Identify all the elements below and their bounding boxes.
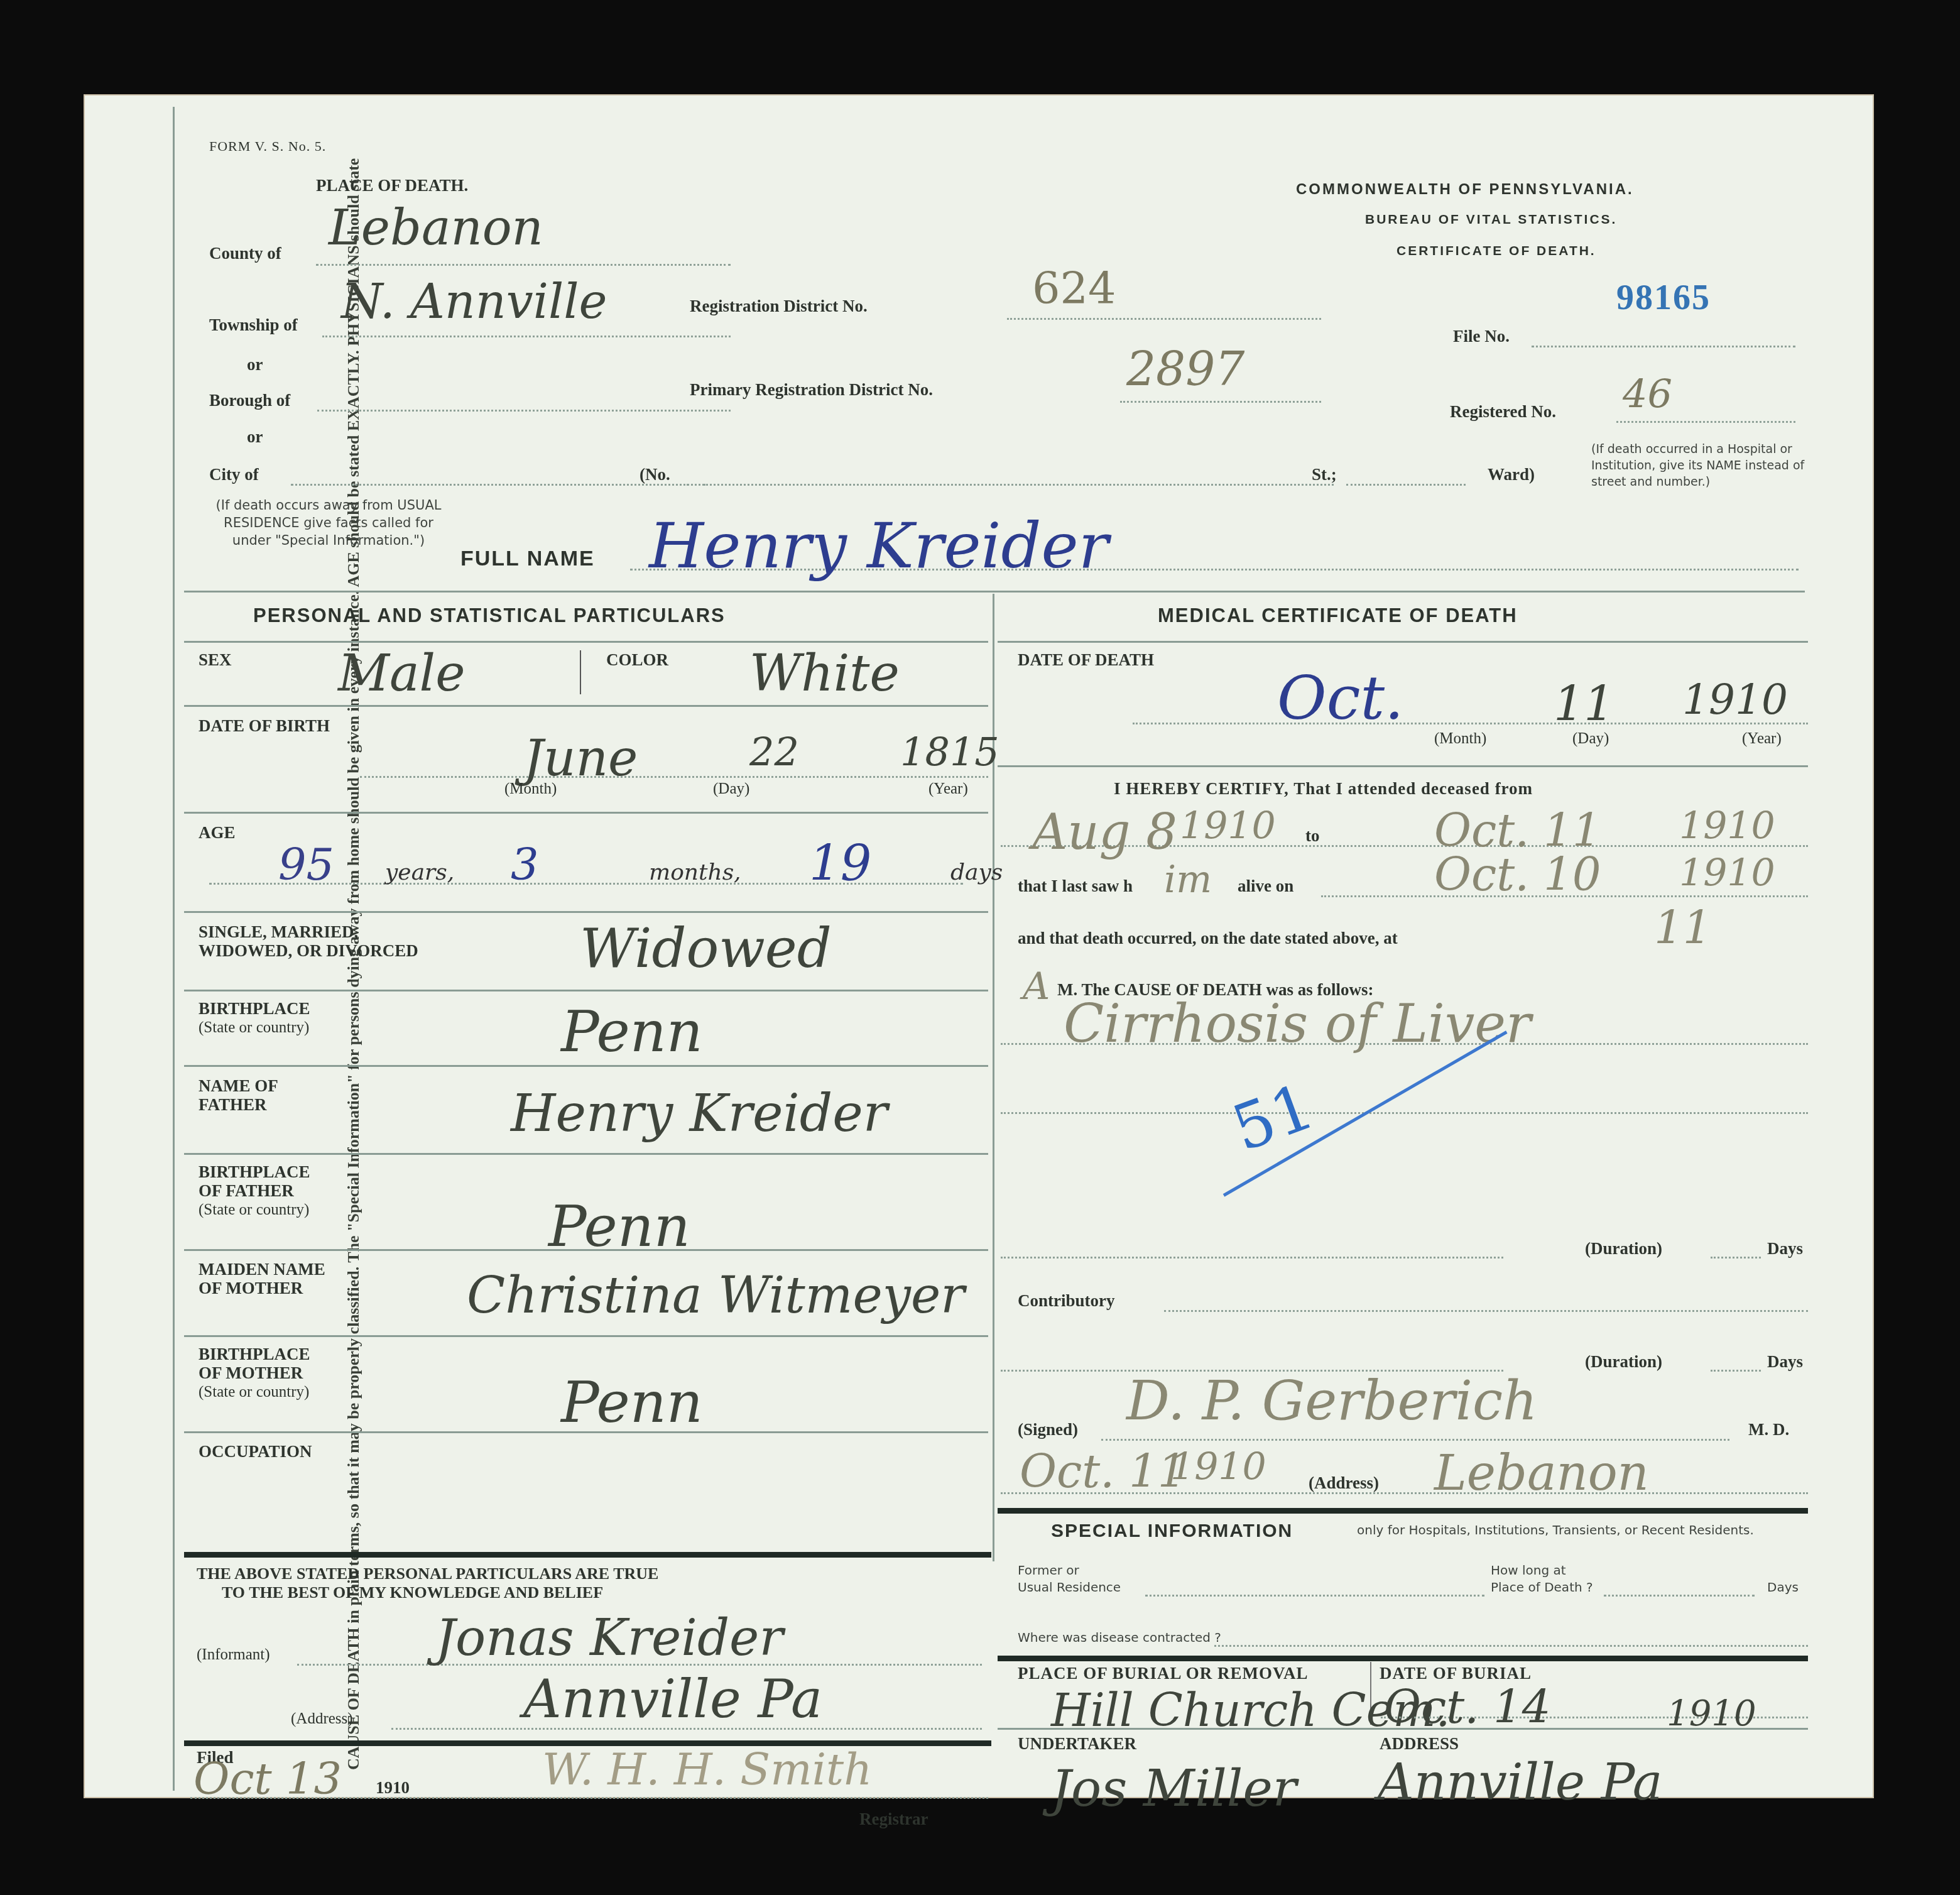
place-of-death-heading: PLACE OF DEATH. [316, 176, 468, 195]
township-label: Township of [209, 315, 298, 335]
borough-line [317, 410, 731, 412]
informant-address-label: (Address) [291, 1710, 353, 1728]
row-rule [998, 641, 1808, 643]
or-text: or [247, 355, 263, 374]
informant-address-value[interactable]: Annville Pa [523, 1668, 822, 1730]
father-birthplace-label-1: BIRTHPLACE [199, 1162, 310, 1182]
father-name-label-2: FATHER [199, 1095, 267, 1115]
mother-name-label-2: OF MOTHER [199, 1279, 303, 1298]
age-months[interactable]: 3 [511, 839, 539, 890]
full-name-value[interactable]: Henry Kreider [649, 509, 1109, 582]
dod-day-caption: (Day) [1572, 730, 1609, 748]
ward-label: Ward) [1488, 465, 1535, 484]
sex-value[interactable]: Male [338, 644, 465, 702]
color-label: COLOR [606, 650, 668, 670]
signed-year[interactable]: 1910 [1170, 1445, 1266, 1489]
mother-name-label-1: MAIDEN NAME [199, 1260, 325, 1279]
father-name-value[interactable]: Henry Kreider [511, 1084, 888, 1144]
informant-statement-2: TO THE BEST OF MY KNOWLEDGE AND BELIEF [222, 1583, 603, 1602]
cause-code: 51 [1223, 1069, 1324, 1166]
am-pm-value[interactable]: A [1023, 964, 1050, 1008]
mother-birthplace-label-2: OF MOTHER [199, 1363, 303, 1383]
attended-from[interactable]: Aug 8 [1032, 804, 1177, 861]
last-saw-year[interactable]: 1910 [1679, 851, 1775, 895]
sex-color-divider [580, 650, 581, 694]
contributory-line [1164, 1310, 1808, 1312]
date-of-death-label: DATE OF DEATH [1018, 650, 1154, 670]
age-label: AGE [199, 823, 236, 843]
how-long-days-label: Days [1767, 1578, 1799, 1596]
row-rule [184, 705, 988, 707]
thick-rule [998, 1508, 1808, 1514]
date-of-death-year[interactable]: 1910 [1682, 675, 1788, 724]
hospital-note: (If death occurred in a Hospital or Inst… [1591, 441, 1805, 490]
signed-line [1101, 1439, 1729, 1441]
row-rule [184, 1065, 988, 1067]
county-value[interactable]: Lebanon [329, 200, 543, 256]
physician-address-value[interactable]: Lebanon [1434, 1445, 1649, 1502]
mother-name-value[interactable]: Christina Witmeyer [467, 1266, 965, 1324]
date-of-death-day[interactable]: 11 [1554, 675, 1614, 731]
dob-line [360, 776, 988, 778]
former-residence-label-2: Usual Residence [1018, 1578, 1121, 1596]
ward-line [1346, 484, 1466, 486]
thick-rule [184, 1552, 991, 1558]
duration-days-label-2: Days [1767, 1352, 1803, 1372]
duration-label: (Duration) [1585, 1239, 1662, 1259]
dod-year-caption: (Year) [1742, 730, 1782, 748]
registration-district-value[interactable]: 624 [1032, 263, 1116, 314]
usual-residence-note: (If death occurs away from USUAL RESIDEN… [209, 496, 448, 549]
md-label: M. D. [1748, 1420, 1789, 1439]
day-caption: (Day) [713, 780, 749, 798]
row-rule [184, 641, 988, 643]
age-years[interactable]: 95 [278, 839, 334, 890]
duration-days-line [1711, 1257, 1761, 1259]
birthplace-value[interactable]: Penn [561, 999, 703, 1065]
father-birthplace-caption: (State or country) [199, 1201, 309, 1219]
undertaker-address-value[interactable]: Annville Pa [1378, 1753, 1662, 1811]
county-line [316, 264, 731, 266]
physician-signature[interactable]: D. P. Gerberich [1126, 1370, 1538, 1433]
death-occurred-text: and that death occurred, on the date sta… [1018, 929, 1398, 948]
how-long-label-2: Place of Death ? [1491, 1578, 1593, 1596]
primary-district-line [1120, 401, 1321, 403]
row-rule [184, 1153, 988, 1155]
undertaker-label: UNDERTAKER [1018, 1734, 1136, 1754]
month-caption: (Month) [504, 780, 557, 798]
duration-label-2: (Duration) [1585, 1352, 1662, 1372]
mother-birthplace-value[interactable]: Penn [561, 1370, 703, 1436]
borough-label: Borough of [209, 391, 290, 410]
father-birthplace-label-2: OF FATHER [199, 1181, 294, 1201]
row-rule [184, 911, 988, 913]
death-hour[interactable]: 11 [1654, 902, 1712, 954]
undertaker-address-label: ADDRESS [1380, 1734, 1459, 1754]
duration-days-label: Days [1767, 1239, 1803, 1259]
township-line [322, 336, 731, 337]
row-rule [184, 1249, 988, 1251]
former-residence-line [1145, 1595, 1484, 1597]
months-word: months, [649, 860, 741, 885]
registered-no-line [1616, 421, 1795, 423]
street-line [687, 484, 1334, 486]
commonwealth-heading: COMMONWEALTH OF PENNSYLVANIA. [1296, 181, 1634, 199]
last-saw-prefix: that I last saw h [1018, 877, 1133, 896]
attended-to-year[interactable]: 1910 [1679, 804, 1775, 848]
father-name-label-1: NAME OF [199, 1076, 278, 1096]
years-word: years, [385, 860, 454, 885]
file-number-stamp: 98165 [1616, 278, 1711, 318]
city-label: City of [209, 465, 259, 484]
death-certificate: CAUSE OF DEATH in plain terms, so that i… [84, 94, 1874, 1798]
year-caption: (Year) [928, 780, 968, 798]
burial-date-value[interactable]: Oct. 14 [1384, 1681, 1551, 1734]
dob-year[interactable]: 1815 [900, 729, 999, 775]
color-value[interactable]: White [749, 644, 900, 702]
certificate-heading: CERTIFICATE OF DEATH. [1396, 244, 1596, 259]
contributory-label: Contributory [1018, 1291, 1115, 1311]
sex-label: SEX [199, 650, 232, 670]
age-days[interactable]: 19 [809, 836, 871, 892]
filed-date[interactable]: Oct 13 [193, 1753, 342, 1805]
date-of-death-month[interactable]: Oct. [1277, 663, 1404, 733]
row-rule [184, 1335, 988, 1337]
duration-line [1001, 1257, 1503, 1259]
mother-birthplace-label-1: BIRTHPLACE [199, 1345, 310, 1364]
file-no-label: File No. [1453, 327, 1510, 346]
disease-contracted-line [1214, 1645, 1808, 1647]
row-rule [184, 812, 988, 814]
section-rule [184, 591, 1805, 593]
registered-no-label: Registered No. [1450, 402, 1556, 422]
signed-date[interactable]: Oct. 11 [1020, 1445, 1187, 1498]
marital-value[interactable]: Widowed [580, 917, 832, 980]
row-rule [998, 765, 1808, 767]
marital-label-1: SINGLE, MARRIED, [199, 922, 358, 942]
burial-place-label: PLACE OF BURIAL OR REMOVAL [1018, 1664, 1309, 1683]
county-label: County of [209, 244, 281, 263]
certify-text: I HEREBY CERTIFY, That I attended deceas… [1114, 779, 1533, 799]
to-word: to [1305, 826, 1320, 846]
dod-month-caption: (Month) [1434, 730, 1486, 748]
duration-days-line-2 [1711, 1370, 1761, 1372]
personal-heading: PERSONAL AND STATISTICAL PARTICULARS [253, 604, 726, 627]
attended-from-year[interactable]: 1910 [1180, 804, 1276, 848]
township-value[interactable]: N. Annville [341, 273, 607, 329]
row-rule [184, 990, 988, 991]
undertaker-value[interactable]: Jos Miller [1051, 1759, 1297, 1818]
cause-line-2 [1001, 1112, 1808, 1114]
registrar-label: Registrar [859, 1810, 928, 1829]
row-rule [998, 1728, 1808, 1730]
st-label: St.; [1312, 465, 1337, 484]
disease-contracted-label: Where was disease contracted ? [1018, 1629, 1221, 1646]
days-word: days [950, 860, 1003, 885]
form-number: FORM V. S. No. 5. [209, 138, 326, 155]
alive-on-label: alive on [1238, 877, 1293, 896]
physician-address-label: (Address) [1309, 1473, 1379, 1493]
informant-statement-1: THE ABOVE STATED PERSONAL PARTICULARS AR… [197, 1565, 658, 1583]
thick-rule [998, 1656, 1808, 1661]
row-rule [184, 1431, 988, 1433]
street-no-label: (No. [640, 465, 670, 484]
registered-no-value[interactable]: 46 [1623, 371, 1672, 417]
registration-district-line [1007, 318, 1321, 320]
full-name-label: FULL NAME [460, 547, 595, 571]
primary-district-value[interactable]: 2897 [1126, 342, 1244, 396]
special-info-note: only for Hospitals, Institutions, Transi… [1018, 1522, 1809, 1539]
former-residence-label-1: Former or [1018, 1561, 1079, 1579]
dob-label: DATE OF BIRTH [199, 716, 330, 736]
bureau-heading: BUREAU OF VITAL STATISTICS. [1365, 212, 1617, 227]
dob-month[interactable]: June [523, 729, 638, 787]
birthplace-label: BIRTHPLACE [199, 999, 310, 1018]
marital-label-2: WIDOWED, OR DIVORCED [199, 941, 418, 961]
file-no-line [1532, 346, 1795, 347]
birthplace-caption: (State or country) [199, 1019, 309, 1037]
medical-heading: MEDICAL CERTIFICATE OF DEATH [1158, 604, 1518, 627]
filed-year: 1910 [376, 1778, 410, 1798]
registration-district-label: Registration District No. [690, 297, 868, 316]
or-text-2: or [247, 427, 263, 447]
how-long-line [1604, 1595, 1755, 1597]
informant-label: (Informant) [197, 1646, 270, 1664]
signed-label: (Signed) [1018, 1420, 1078, 1439]
how-long-label-1: How long at [1491, 1561, 1566, 1579]
mother-birthplace-caption: (State or country) [199, 1384, 309, 1401]
last-saw-pronoun[interactable]: im [1164, 858, 1212, 902]
last-saw-date[interactable]: Oct. 10 [1434, 848, 1601, 901]
registrar-signature[interactable]: W. H. H. Smith [542, 1744, 872, 1795]
cause-of-death-value[interactable]: Cirrhosis of Liver [1064, 993, 1531, 1054]
occupation-label: OCCUPATION [199, 1442, 312, 1461]
margin-divider [173, 107, 175, 1791]
informant-value[interactable]: Jonas Kreider [435, 1608, 783, 1667]
primary-district-label: Primary Registration District No. [690, 380, 933, 400]
dob-day[interactable]: 22 [749, 729, 799, 775]
